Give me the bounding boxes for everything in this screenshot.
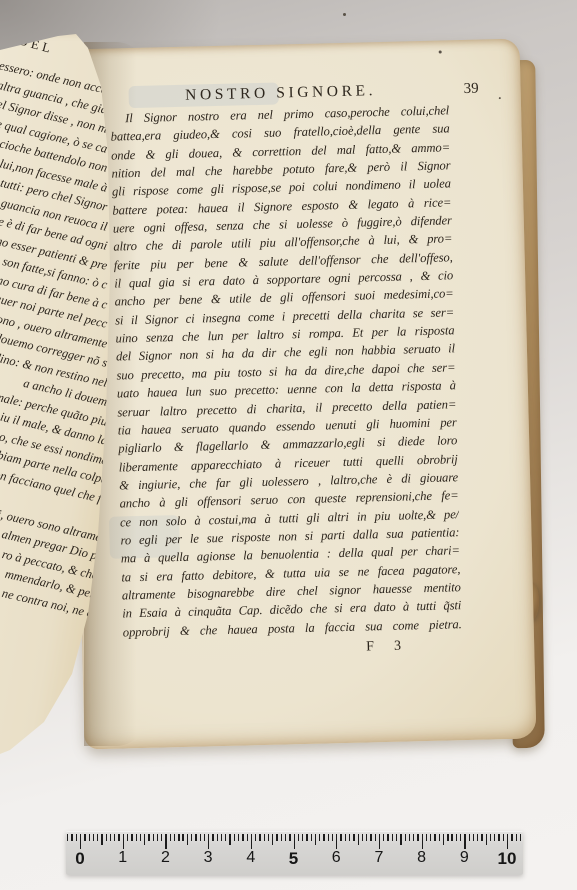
ruler-tick bbox=[430, 834, 431, 841]
ruler-tick bbox=[494, 834, 495, 841]
ruler-tick bbox=[247, 834, 248, 841]
ruler-number: 0 bbox=[75, 849, 84, 869]
ruler-tick bbox=[157, 834, 158, 841]
ruler-tick bbox=[345, 834, 346, 841]
ruler-tick bbox=[136, 834, 137, 841]
ruler-tick bbox=[204, 834, 205, 841]
ruler-tick bbox=[375, 834, 376, 841]
ruler-tick bbox=[217, 834, 218, 841]
ruler-tick bbox=[447, 834, 448, 841]
ruler-tick bbox=[93, 834, 94, 841]
ruler-tick bbox=[174, 834, 175, 841]
ruler-tick bbox=[328, 834, 329, 841]
ruler-tick bbox=[67, 834, 68, 841]
ruler-tick bbox=[349, 834, 350, 841]
ruler-tick bbox=[481, 834, 482, 841]
ruler-tick bbox=[84, 834, 85, 841]
page-number: 39 bbox=[463, 81, 478, 98]
ruler-tick bbox=[469, 834, 470, 841]
ruler-tick bbox=[97, 834, 98, 841]
ruler-tick bbox=[439, 834, 440, 841]
photo-scene: NOSTRO SIGNORE. 39 Il Signor nostro era … bbox=[0, 0, 577, 890]
ruler-tick bbox=[229, 834, 230, 845]
ruler-tick bbox=[443, 834, 444, 845]
ruler-tick bbox=[71, 834, 72, 841]
signature-mark: F 3 bbox=[366, 638, 426, 655]
ruler-tick bbox=[89, 834, 90, 841]
ruler-tick bbox=[413, 834, 414, 841]
ruler-tick bbox=[340, 834, 341, 841]
ruler-tick bbox=[225, 834, 226, 841]
ruler-tick bbox=[212, 834, 213, 841]
ruler-tick bbox=[234, 834, 235, 841]
ruler-tick bbox=[191, 834, 192, 841]
ruler-tick bbox=[208, 834, 209, 849]
ruler-tick bbox=[366, 834, 367, 841]
ruler-tick bbox=[302, 834, 303, 841]
ruler-tick bbox=[178, 834, 179, 841]
ruler-tick bbox=[451, 834, 452, 841]
ruler-tick bbox=[426, 834, 427, 841]
ruler-tick bbox=[400, 834, 401, 845]
running-header-title: NOSTRO SIGNORE. bbox=[185, 82, 376, 105]
ruler-tick bbox=[182, 834, 183, 841]
ruler-tick bbox=[200, 834, 201, 841]
ruler-number: 3 bbox=[204, 849, 213, 867]
ruler-tick bbox=[285, 834, 286, 841]
ruler-tick bbox=[144, 834, 145, 845]
ruler-tick bbox=[251, 834, 252, 849]
ruler-tick bbox=[127, 834, 128, 841]
ruler-tick bbox=[392, 834, 393, 841]
ruler-tick bbox=[319, 834, 320, 841]
ruler-number: 8 bbox=[417, 849, 426, 867]
ruler-number: 1 bbox=[118, 849, 127, 867]
ruler-tick bbox=[80, 834, 81, 849]
ruler-tick bbox=[477, 834, 478, 841]
ruler-number: 7 bbox=[374, 849, 383, 867]
ruler-tick bbox=[289, 834, 290, 841]
ruler-tick bbox=[511, 834, 512, 841]
page-speck bbox=[439, 50, 442, 53]
ruler-tick bbox=[417, 834, 418, 841]
ruler-tick bbox=[507, 834, 508, 849]
ruler-tick bbox=[490, 834, 491, 841]
ruler-tick bbox=[106, 834, 107, 841]
ruler-tick bbox=[332, 834, 333, 841]
ruler-tick bbox=[276, 834, 277, 841]
ruler-tick bbox=[242, 834, 243, 841]
ruler-tick bbox=[456, 834, 457, 841]
ruler-tick bbox=[486, 834, 487, 845]
ruler-tick bbox=[165, 834, 166, 849]
ruler-number: 6 bbox=[332, 849, 341, 867]
body-text: Il Signor nostro era nel primo caso,pero… bbox=[110, 101, 462, 641]
ruler-tick bbox=[114, 834, 115, 841]
ruler-tick bbox=[383, 834, 384, 841]
ruler-tick bbox=[498, 834, 499, 841]
ruler-tick bbox=[464, 834, 465, 849]
ruler-tick bbox=[195, 834, 196, 841]
ruler-tick bbox=[311, 834, 312, 841]
page-speck bbox=[499, 97, 501, 99]
ruler-tick bbox=[272, 834, 273, 845]
ruler-tick bbox=[306, 834, 307, 841]
signature-letter: F bbox=[366, 639, 374, 655]
ruler-tick bbox=[76, 834, 77, 841]
ruler-tick bbox=[187, 834, 188, 845]
ruler-tick bbox=[422, 834, 423, 849]
ruler-tick bbox=[315, 834, 316, 845]
ruler-tick bbox=[323, 834, 324, 841]
ruler-tick bbox=[396, 834, 397, 841]
ruler-tick bbox=[298, 834, 299, 841]
signature-number: 3 bbox=[394, 639, 401, 655]
ruler-tick bbox=[362, 834, 363, 841]
ruler-tick bbox=[170, 834, 171, 841]
ruler-number: 2 bbox=[161, 849, 170, 867]
ruler-tick bbox=[353, 834, 354, 841]
ruler-tick bbox=[336, 834, 337, 849]
ruler-tick bbox=[123, 834, 124, 849]
ruler-tick bbox=[148, 834, 149, 841]
ruler-tick bbox=[409, 834, 410, 841]
ruler-tick bbox=[110, 834, 111, 841]
ruler-tick bbox=[460, 834, 461, 841]
ruler-tick bbox=[101, 834, 102, 845]
ruler-tick bbox=[259, 834, 260, 841]
ruler-tick bbox=[118, 834, 119, 841]
ruler-tick bbox=[379, 834, 380, 849]
ruler-tick bbox=[238, 834, 239, 841]
ruler-tick bbox=[516, 834, 517, 841]
ruler-tick bbox=[255, 834, 256, 841]
ruler-tick bbox=[140, 834, 141, 841]
ruler-number: 4 bbox=[246, 849, 255, 867]
ruler-tick bbox=[434, 834, 435, 841]
ruler-tick bbox=[268, 834, 269, 841]
ruler-tick bbox=[264, 834, 265, 841]
ruler-tick bbox=[281, 834, 282, 841]
ruler-tick bbox=[387, 834, 388, 841]
ruler-tick bbox=[473, 834, 474, 841]
ruler-tick bbox=[358, 834, 359, 845]
ruler-number: 5 bbox=[289, 849, 298, 869]
ruler: 012345678910 bbox=[66, 831, 523, 875]
ruler-tick bbox=[405, 834, 406, 841]
ruler-number: 10 bbox=[498, 849, 517, 869]
ruler-number: 9 bbox=[460, 849, 469, 867]
ruler-tick bbox=[294, 834, 295, 849]
ruler-tick bbox=[503, 834, 504, 841]
ruler-tick bbox=[520, 834, 521, 841]
ruler-tick bbox=[221, 834, 222, 841]
ruler-tick bbox=[153, 834, 154, 841]
ruler-tick bbox=[131, 834, 132, 841]
ruler-tick bbox=[370, 834, 371, 841]
background-speck bbox=[343, 13, 346, 16]
ruler-tick bbox=[161, 834, 162, 841]
